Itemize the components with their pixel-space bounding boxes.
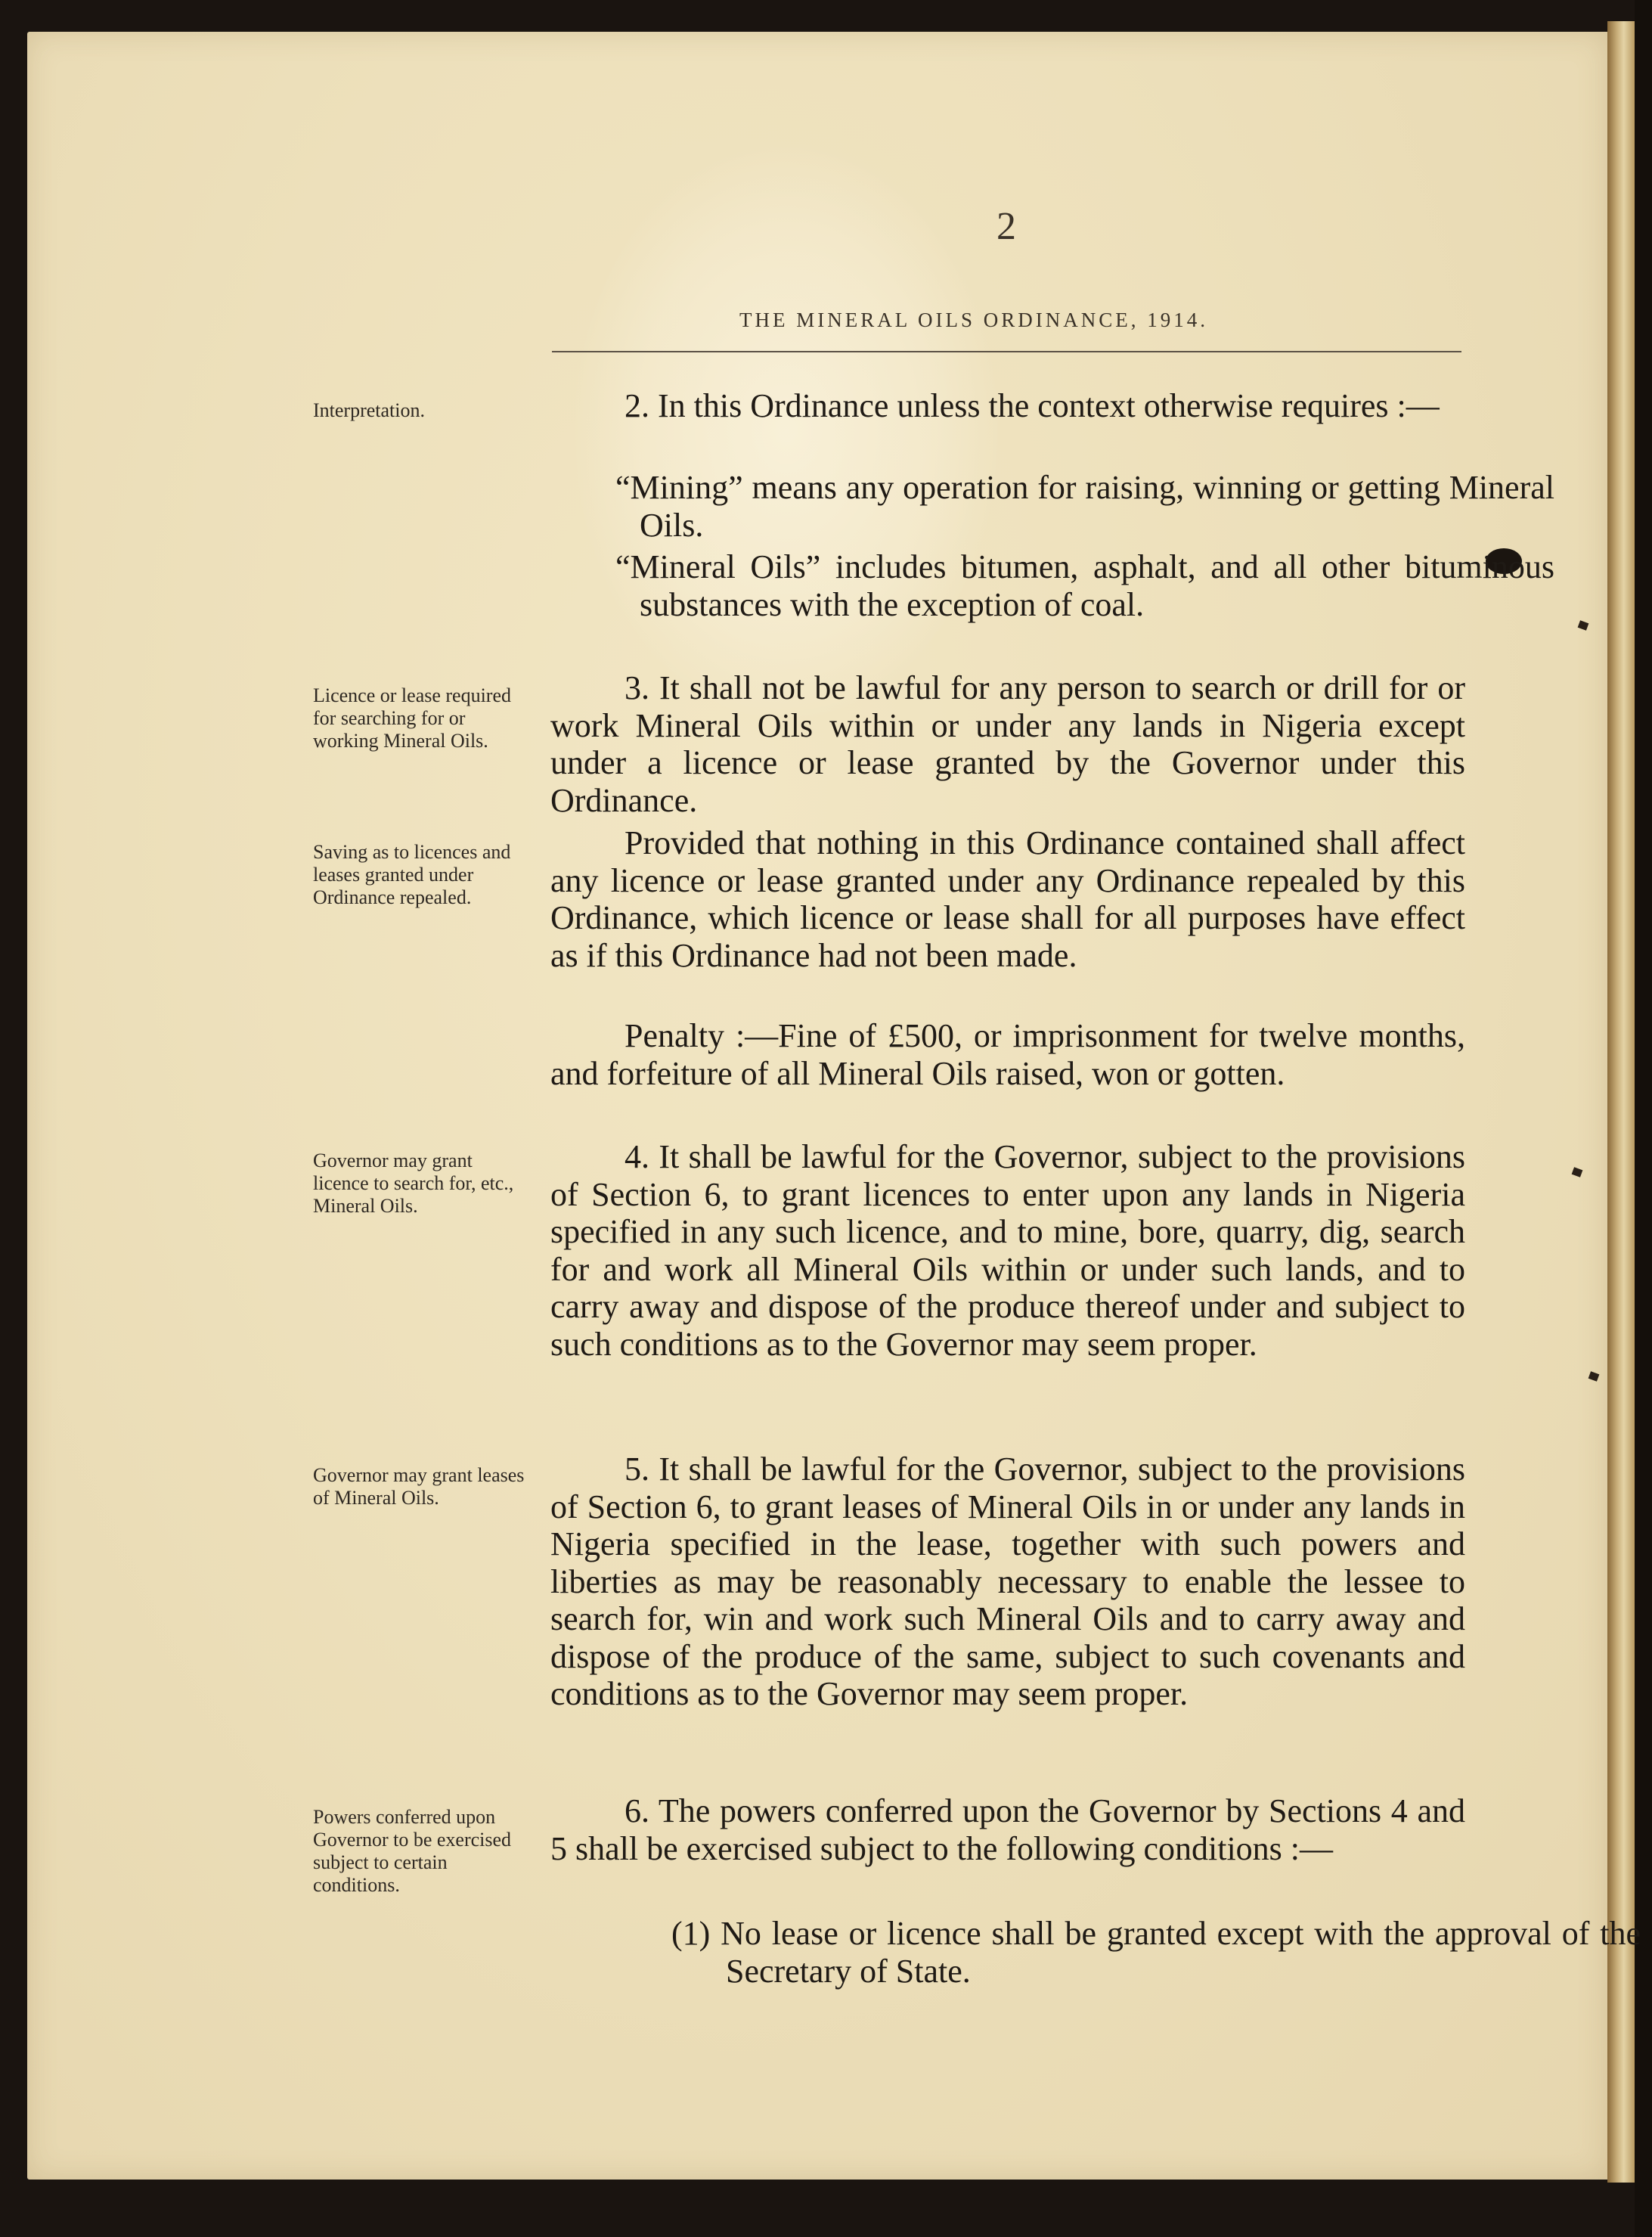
marginal-note-saving: Saving as to licences and leases granted…	[313, 841, 532, 909]
marginal-note-governor-licence: Governor may grant licence to search for…	[313, 1150, 532, 1218]
definition-mineral-oils: “Mineral Oils” includes bitumen, asphalt…	[550, 548, 1554, 623]
header-rule	[552, 351, 1461, 352]
section-6-intro: 6. The powers conferred upon the Governo…	[550, 1792, 1465, 1867]
section-6-condition-1: (1) No lease or licence shall be granted…	[550, 1915, 1641, 1990]
page-number: 2	[996, 204, 1016, 249]
section-3: 3. It shall not be lawful for any person…	[550, 669, 1465, 819]
marginal-note-governor-leases: Governor may grant leases of Mineral Oil…	[313, 1464, 532, 1509]
marginal-note-interpretation: Interpretation.	[313, 399, 532, 422]
marginal-note-licence-required: Licence or lease required for searching …	[313, 684, 532, 752]
section-2-intro: 2. In this Ordinance unless the context …	[550, 387, 1465, 425]
definition-mining: “Mining” means any operation for raising…	[550, 469, 1554, 544]
section-5: 5. It shall be lawful for the Governor, …	[550, 1450, 1465, 1713]
section-4: 4. It shall be lawful for the Governor, …	[550, 1138, 1465, 1363]
adjacent-page-edge	[1607, 21, 1635, 2183]
running-head: THE MINERAL OILS ORDINANCE, 1914.	[739, 309, 1208, 332]
marginal-note-powers-conditions: Powers conferred upon Governor to be exe…	[313, 1806, 532, 1897]
section-3-proviso: Provided that nothing in this Ordinance …	[550, 824, 1465, 974]
section-3-penalty: Penalty :—Fine of £500, or imprisonment …	[550, 1017, 1465, 1092]
scan-background-right	[1635, 0, 1652, 2237]
